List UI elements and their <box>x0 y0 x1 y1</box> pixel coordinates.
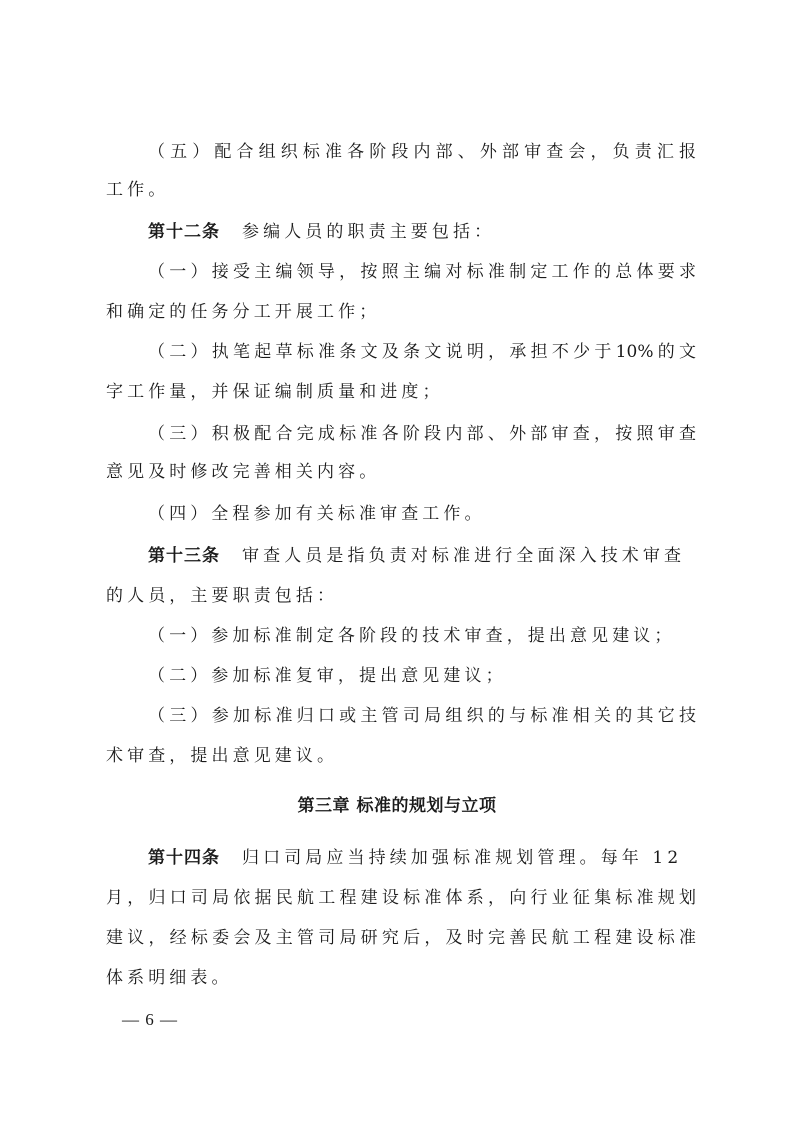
paragraph-line: （二）参加标准复审，提出意见建议； <box>148 661 696 691</box>
article-14: 第十四条归口司局应当持续加强标准规划管理。每年 12 <box>148 843 696 873</box>
paragraph-line: 月，归口司局依据民航工程建设标准体系，向行业征集标准规划 <box>106 883 696 913</box>
paragraph-line: （五）配合组织标准各阶段内部、外部审查会，负责汇报 <box>148 137 696 167</box>
document-page: （五）配合组织标准各阶段内部、外部审查会，负责汇报 工作。 第十二条参编人员的职… <box>0 0 794 1123</box>
paragraph-line: 体系明细表。 <box>106 963 696 993</box>
paragraph-line: 术审查，提出意见建议。 <box>106 741 696 771</box>
article-text: 审查人员是指负责对标准进行全面深入技术审查 <box>242 546 685 566</box>
paragraph-line: （二）执笔起草标准条文及条文说明，承担不少于10%的文 <box>148 337 696 367</box>
article-label: 第十二条 <box>148 222 220 242</box>
paragraph-line: （三）参加标准归口或主管司局组织的与标准相关的其它技 <box>148 701 696 731</box>
page-number: — 6 — <box>122 1006 178 1034</box>
paragraph-line: （一）接受主编领导，按照主编对标准制定工作的总体要求 <box>148 257 696 287</box>
paragraph-line: （三）积极配合完成标准各阶段内部、外部审查，按照审查 <box>148 419 696 449</box>
paragraph-line: 工作。 <box>106 175 696 205</box>
chapter-heading: 第三章 标准的规划与立项 <box>0 791 794 821</box>
paragraph-line: 意见及时修改完善相关内容。 <box>106 457 696 487</box>
paragraph-line: 的人员，主要职责包括： <box>106 581 696 611</box>
paragraph-line: （四）全程参加有关标准审查工作。 <box>148 499 696 529</box>
article-text: 参编人员的职责主要包括： <box>242 222 495 242</box>
paragraph-line: 字工作量，并保证编制质量和进度； <box>106 377 696 407</box>
article-13: 第十三条审查人员是指负责对标准进行全面深入技术审查 <box>148 541 696 571</box>
article-label: 第十三条 <box>148 546 220 566</box>
paragraph-line: 和确定的任务分工开展工作； <box>106 297 696 327</box>
article-label: 第十四条 <box>148 848 220 868</box>
paragraph-line: （一）参加标准制定各阶段的技术审查，提出意见建议； <box>148 621 696 651</box>
paragraph-line: 建议，经标委会及主管司局研究后，及时完善民航工程建设标准 <box>106 923 696 953</box>
article-12: 第十二条参编人员的职责主要包括： <box>148 217 696 247</box>
article-text: 归口司局应当持续加强标准规划管理。每年 12 <box>242 848 682 868</box>
